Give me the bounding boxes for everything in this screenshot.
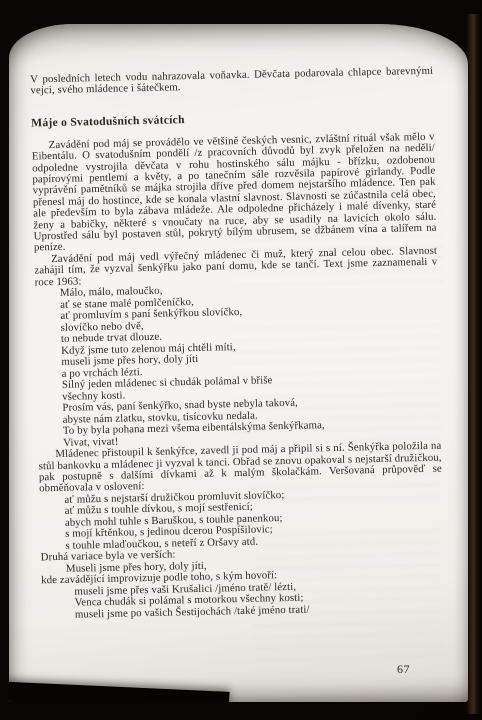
paragraph: Zavádění pod máj se provádělo ve většině… <box>32 131 437 254</box>
paragraph: V posledních letech vodu nahrazovala voň… <box>30 66 433 98</box>
book-page: V posledních letech vodu nahrazovala voň… <box>9 24 468 702</box>
book-spine-edge <box>466 14 482 714</box>
verse-block: ať můžu s nejstarší družičkou promluvit … <box>39 486 443 552</box>
page-number: 67 <box>397 662 410 677</box>
book-photo: V posledních letech vodu nahrazovala voň… <box>0 0 482 720</box>
section-heading: Máje o Svatodušních svátcích <box>31 108 434 130</box>
verse-block: museli jsme přes vaši Krušalici /jméno t… <box>41 578 445 621</box>
page-text: V posledních letech vodu nahrazovala voň… <box>9 24 468 702</box>
verse-block: Málo, málo, maloučko,ať se stane malé po… <box>35 280 441 450</box>
